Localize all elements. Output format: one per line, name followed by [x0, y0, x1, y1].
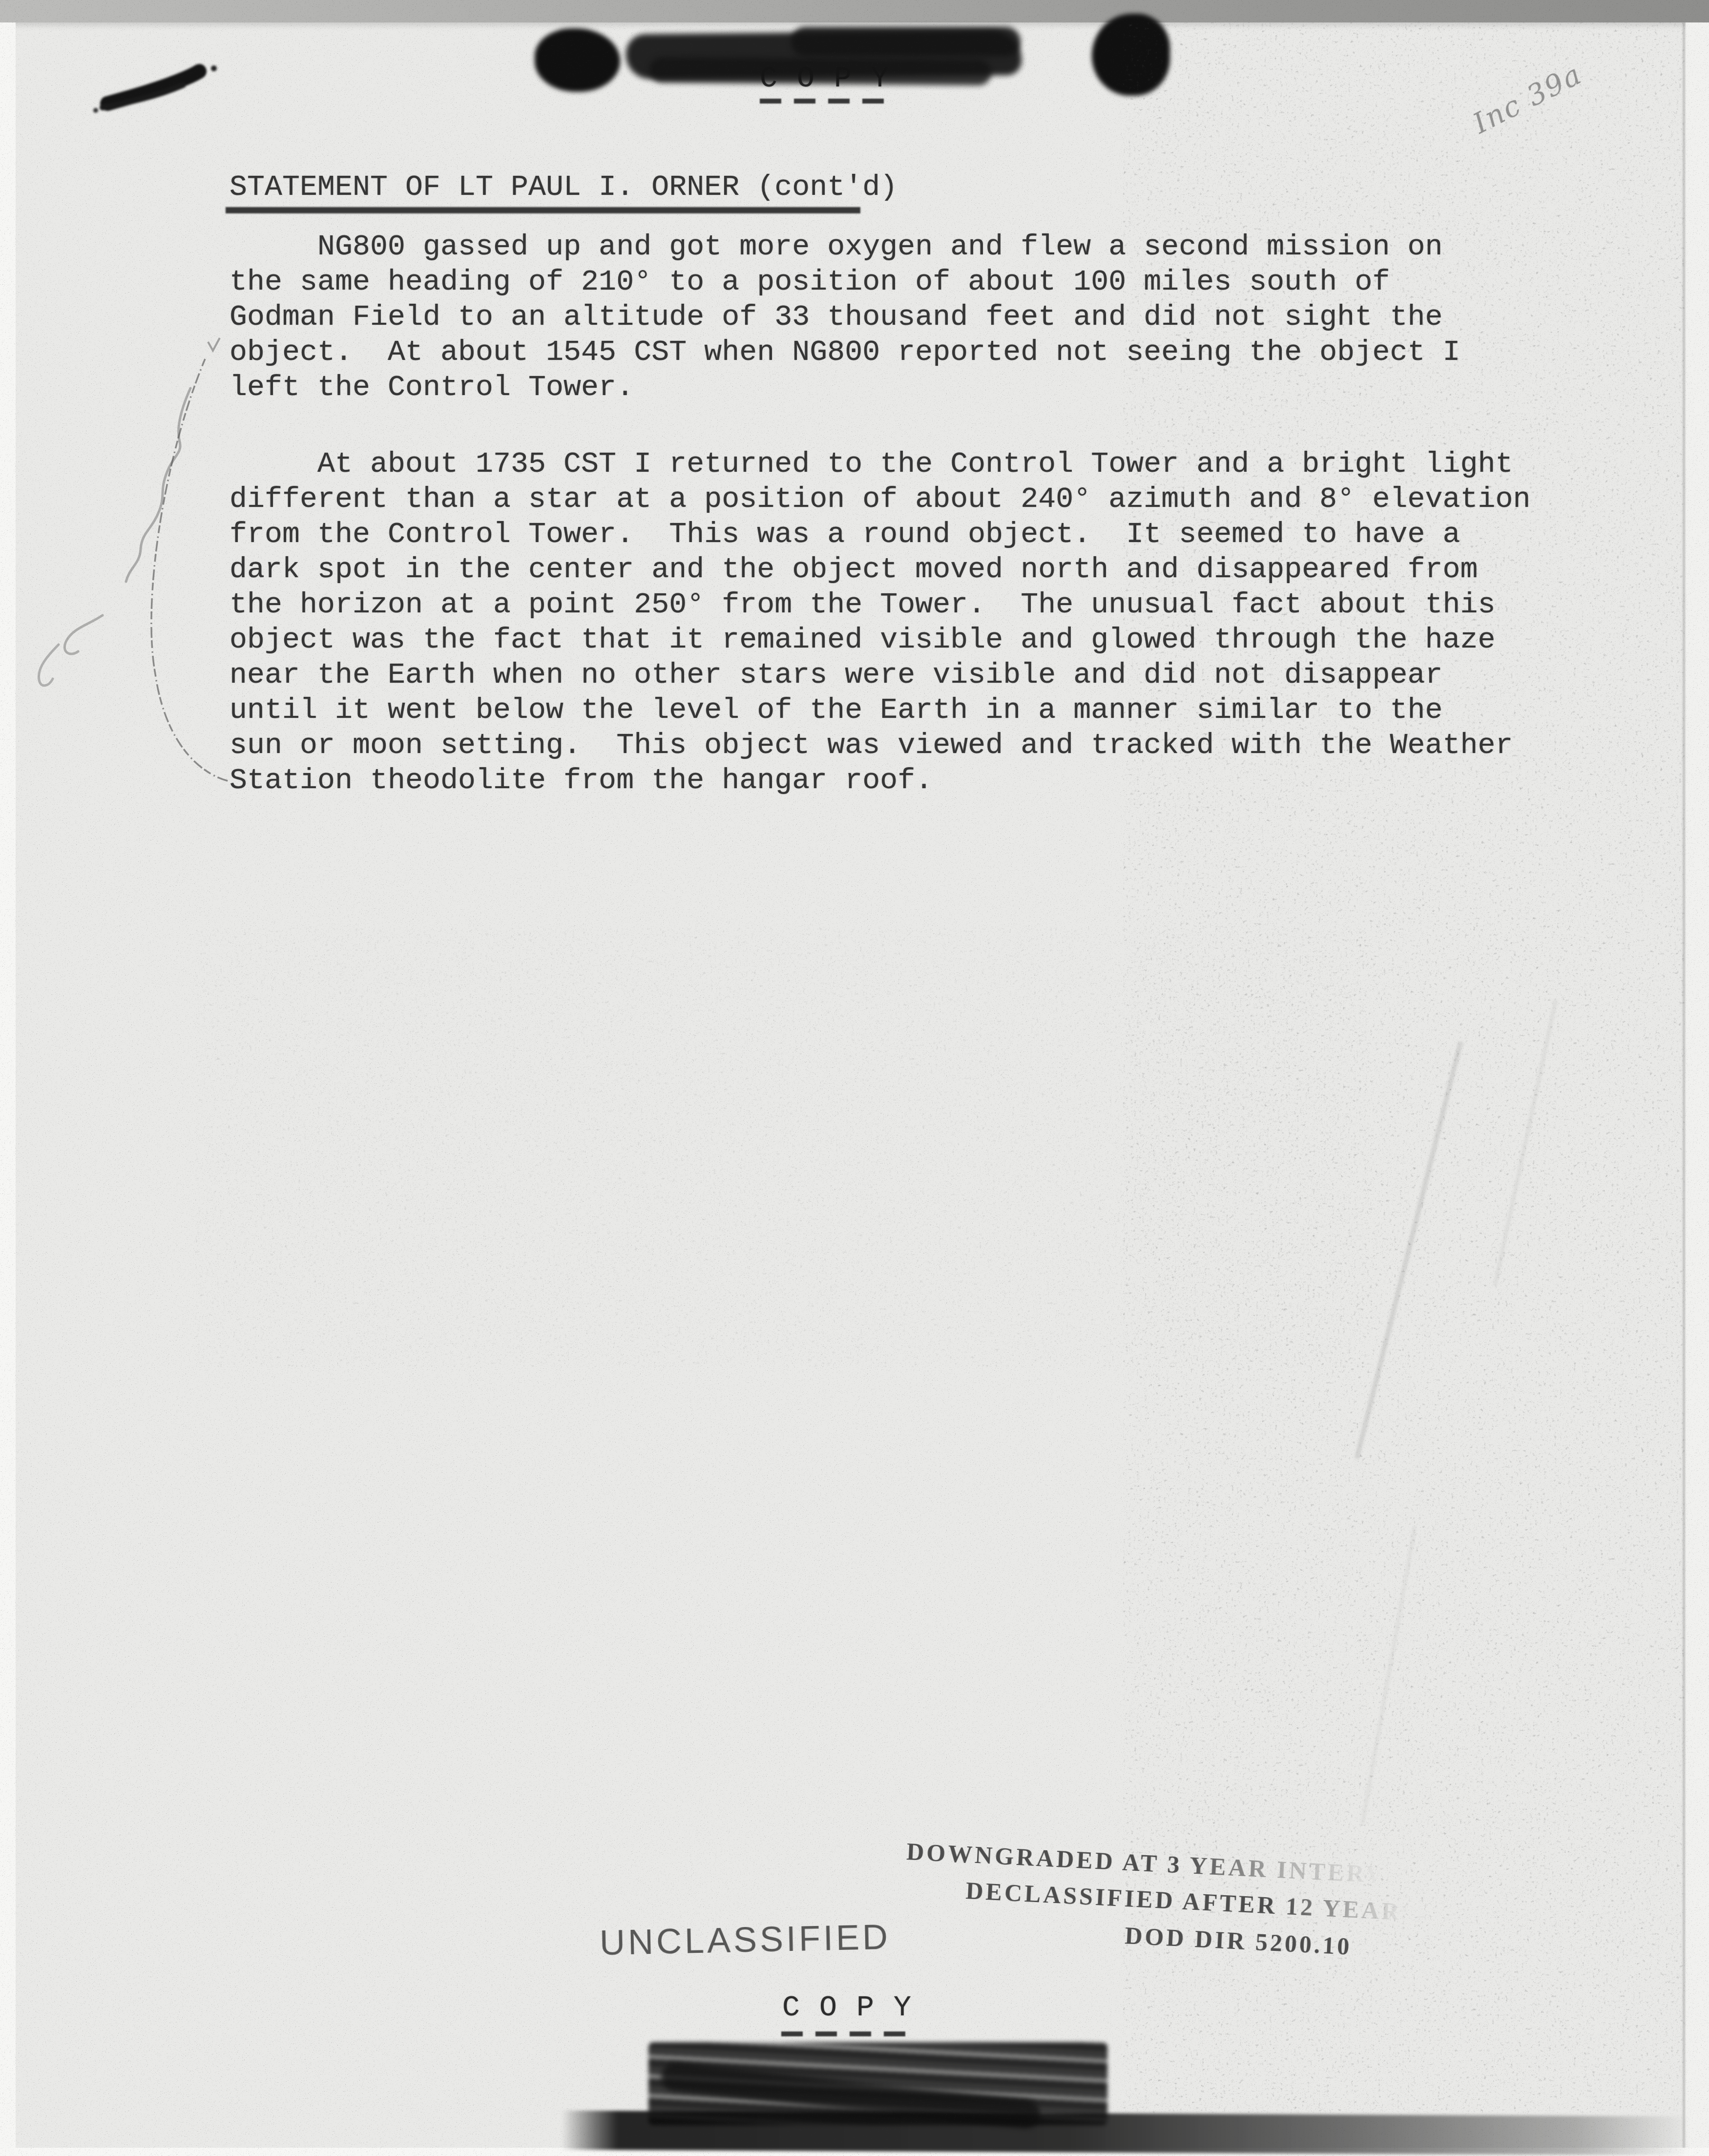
document-scan-page: C O P Y Inc 39a STATEMENT OF LT PAUL I. … — [0, 0, 1709, 2156]
scan-noise-overlay — [0, 0, 1709, 2156]
